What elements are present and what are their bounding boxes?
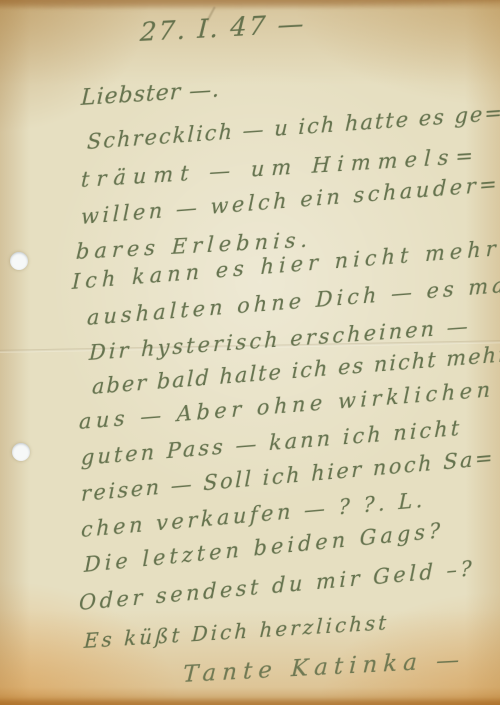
letter-page: 27. I. 47 — Liebster —. Schrecklich — u … <box>0 0 500 705</box>
letter-date: 27. I. 47 — <box>139 9 306 48</box>
signature: Tante Katinka — <box>182 645 466 690</box>
paper-top-edge-shading <box>0 0 500 7</box>
punch-hole-top <box>10 252 28 270</box>
closing-line: Es küßt Dich herzlichst <box>83 607 390 656</box>
salutation-line: Liebster —. <box>80 75 220 114</box>
paper-bottom-edge-shading <box>0 700 500 705</box>
punch-hole-bottom <box>12 443 30 461</box>
